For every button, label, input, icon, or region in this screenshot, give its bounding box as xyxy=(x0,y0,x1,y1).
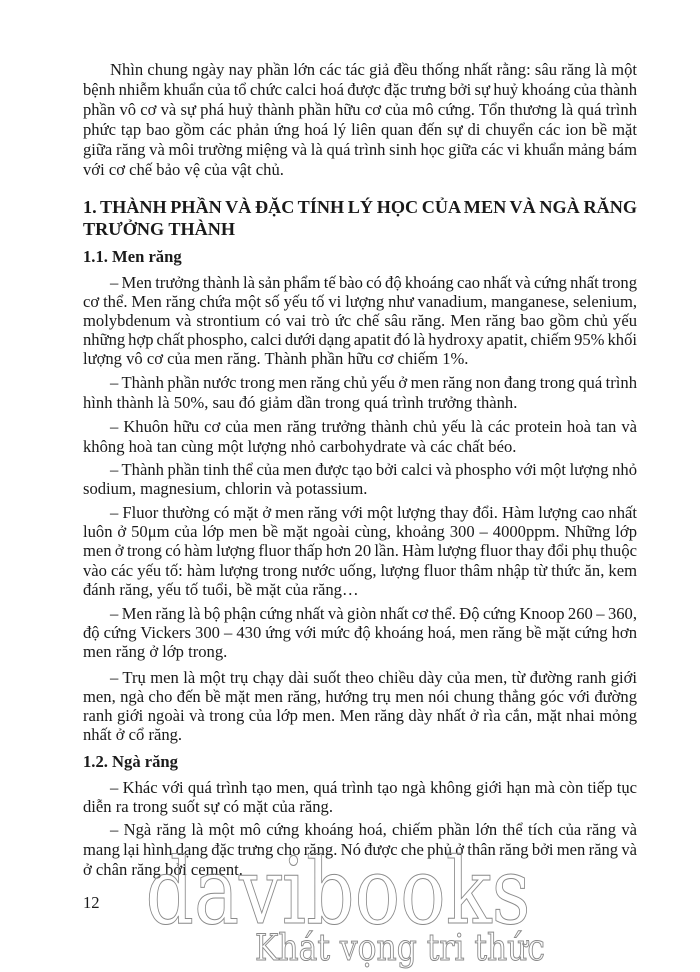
text-line: mang lại hình dạng đặc trưng cho răng. N… xyxy=(83,840,637,860)
book-page: Nhìn chung ngày nay phần lớn các tác giả… xyxy=(0,0,700,972)
text-line: men răng ở lớp trong. xyxy=(83,642,637,662)
text-line: ở chân răng bởi cement. xyxy=(83,860,637,880)
text-line: – Thành phần nước trong men răng chủ yếu… xyxy=(110,373,637,393)
text-line: – Trụ men là một trụ chạy dài suốt theo … xyxy=(110,668,637,688)
subsection-heading: 1.2. Ngà răng xyxy=(83,752,178,772)
text-line: – Khác với quá trình tạo men, quá trình … xyxy=(110,778,637,798)
text-line: giữa răng và môi trường miệng và là quá … xyxy=(83,140,637,160)
text-line: – Khuôn hữu cơ của men răng trưởng thành… xyxy=(110,417,637,437)
text-line: men ở trong có hàm lượng fluor thấp hơn … xyxy=(83,541,637,561)
text-line: không hoà tan cùng một lượng nhỏ carbohy… xyxy=(83,437,637,457)
text-line: bệnh nhiễm khuẩn của tổ chức calci hoá đ… xyxy=(83,80,637,100)
text-line: phức tạp bao gồm các phản ứng hoá lý liê… xyxy=(83,120,637,140)
text-line: hình thành là 50%, sau đó giảm dần trong… xyxy=(83,393,637,413)
text-line: với cơ chế bảo vệ của vật chủ. xyxy=(83,160,637,180)
text-line: – Men trưởng thành là sản phẩm tế bào có… xyxy=(110,273,637,293)
watermark-slogan: Khát vọng tri thức xyxy=(255,928,545,969)
text-line: phần vô cơ và sự phá huỷ thành phần hữu … xyxy=(83,100,637,120)
text-line: luôn ở 50μm của lớp men bề mặt ngoài cùn… xyxy=(83,522,637,542)
text-line: men, ngà cho đến bề mặt men răng, hướng … xyxy=(83,687,637,707)
text-line: molybdenum và strontium có vai trò ức ch… xyxy=(83,311,637,331)
text-line: – Fluor thường có mặt ở men răng với một… xyxy=(110,503,637,523)
text-line: – Thành phần tinh thể của men được tạo b… xyxy=(110,460,637,480)
heading-line: 1. THÀNH PHẦN VÀ ĐẶC TÍNH LÝ HỌC CỦA MEN… xyxy=(83,196,637,218)
text-line: vào các yếu tố: hàm lượng trong nước uốn… xyxy=(83,561,637,581)
page-number: 12 xyxy=(83,893,100,913)
text-line: lượng vô cơ của men răng. Thành phần hữu… xyxy=(83,349,637,369)
text-line: – Ngà răng là một mô cứng khoáng hoá, ch… xyxy=(110,820,637,840)
text-line: độ cứng Vickers 300 – 430 ứng với mức độ… xyxy=(83,623,637,643)
text-line: Nhìn chung ngày nay phần lớn các tác giả… xyxy=(110,60,637,80)
text-line: – Men răng là bộ phận cứng nhất và giòn … xyxy=(110,604,637,624)
text-line: cơ thể. Men răng chứa một số yếu tố vi l… xyxy=(83,292,637,312)
text-line: đánh răng, yếu tố tuổi, bề mặt của răng… xyxy=(83,580,637,600)
heading-line: TRƯỞNG THÀNH xyxy=(83,218,637,240)
text-line: diễn ra trong suốt sự có mặt của răng. xyxy=(83,797,637,817)
text-line: nhất ở cổ răng. xyxy=(83,725,637,745)
subsection-heading: 1.1. Men răng xyxy=(83,247,182,267)
text-line: những hợp chất phospho, calci dưới dạng … xyxy=(83,330,637,350)
text-line: ranh giới ngoài và trong của lớp men. Me… xyxy=(83,706,637,726)
text-line: sodium, magnesium, chlorin và potassium. xyxy=(83,479,637,499)
